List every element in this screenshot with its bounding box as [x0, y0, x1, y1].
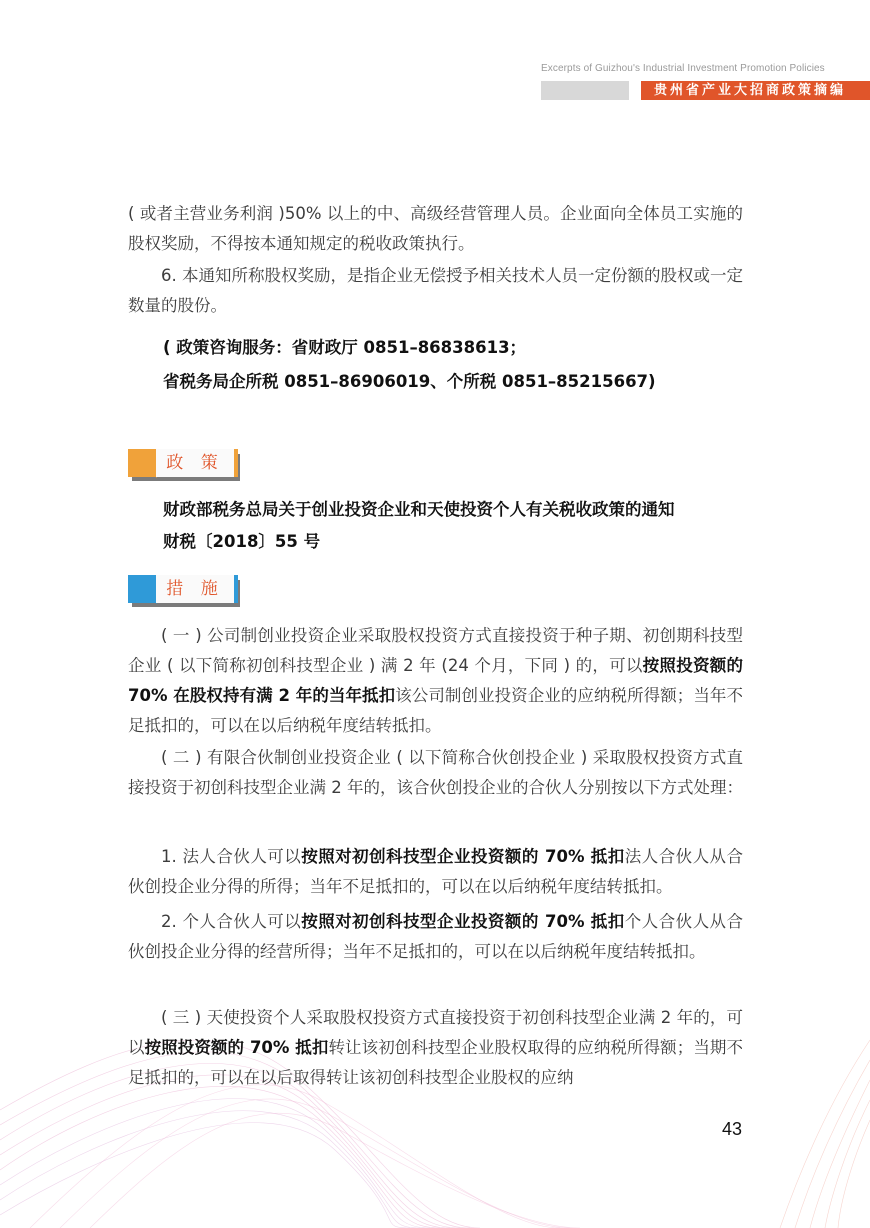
contact-line-2: 省税务局企所税 0851–86906019、个所税 0851–85215667): [163, 365, 656, 399]
contact-line-1: ( 政策咨询服务：省财政厅 0851–86838613；: [163, 331, 526, 365]
measure-tag-label: 措 施: [156, 575, 234, 603]
highlight-text: 按照对初创科技型企业投资额的 70% 抵扣: [301, 847, 624, 866]
header-gray-bar: [541, 81, 629, 100]
tag-edge: [234, 575, 238, 603]
measure-paragraph-5: ( 三 ) 天使投资个人采取股权投资方式直接投资于初创科技型企业满 2 年的，可…: [128, 1003, 743, 1093]
page-number: 43: [722, 1119, 742, 1140]
highlight-text: 按照投资额的 70% 抵扣: [145, 1038, 329, 1057]
policy-title: 财政部税务总局关于创业投资企业和天使投资个人有关税收政策的通知: [163, 494, 753, 526]
measure-paragraph-2: ( 二 ) 有限合伙制创业投资企业 ( 以下简称合伙创投企业 ) 采取股权投资方…: [128, 743, 743, 803]
measure-paragraph-4: 2. 个人合伙人可以按照对初创科技型企业投资额的 70% 抵扣个人合伙人从合伙创…: [128, 907, 743, 967]
header-subtitle-en: Excerpts of Guizhou's Industrial Investm…: [541, 63, 825, 74]
measure-paragraph-3: 1. 法人合伙人可以按照对初创科技型企业投资额的 70% 抵扣法人合伙人从合伙创…: [128, 842, 743, 902]
tag-edge: [234, 449, 238, 477]
highlight-text: 按照对初创科技型企业投资额的 70% 抵扣: [301, 912, 624, 931]
header-title-cn: 贵州省产业大招商政策摘编: [641, 81, 870, 100]
continuation-paragraph: ( 或者主营业务利润 )50% 以上的中、高级经营管理人员。企业面向全体员工实施…: [128, 199, 743, 259]
item-6-paragraph: 6. 本通知所称股权奖励，是指企业无偿授予相关技术人员一定份额的股权或一定数量的…: [128, 261, 743, 321]
policy-section-tag: 政 策: [128, 449, 238, 479]
measure-paragraph-1: ( 一 ) 公司制创业投资企业采取股权投资方式直接投资于种子期、初创期科技型企业…: [128, 621, 743, 741]
policy-doc-number: 财税〔2018〕55 号: [163, 526, 753, 558]
policy-tag-label: 政 策: [156, 449, 234, 477]
measure-section-tag: 措 施: [128, 575, 238, 605]
